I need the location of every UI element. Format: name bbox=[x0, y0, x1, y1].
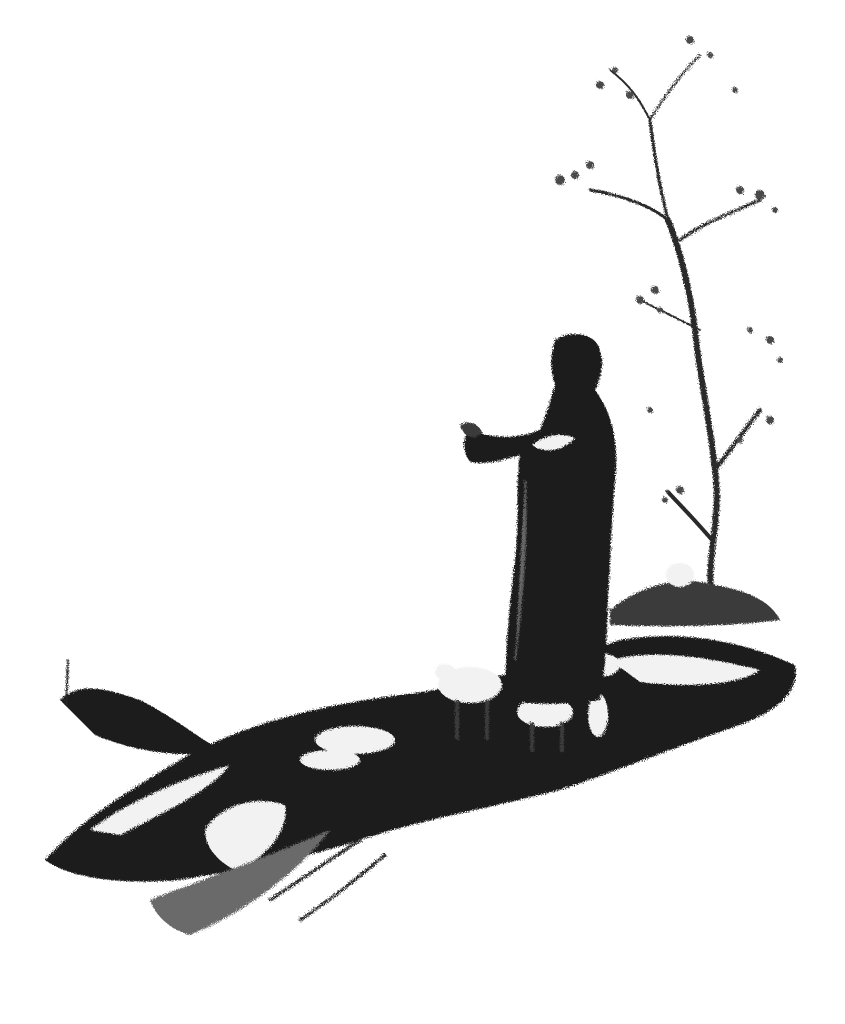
robed-figure bbox=[460, 334, 616, 704]
rocky-ledge bbox=[45, 636, 796, 935]
bush bbox=[610, 563, 780, 626]
illustration bbox=[0, 0, 845, 1024]
